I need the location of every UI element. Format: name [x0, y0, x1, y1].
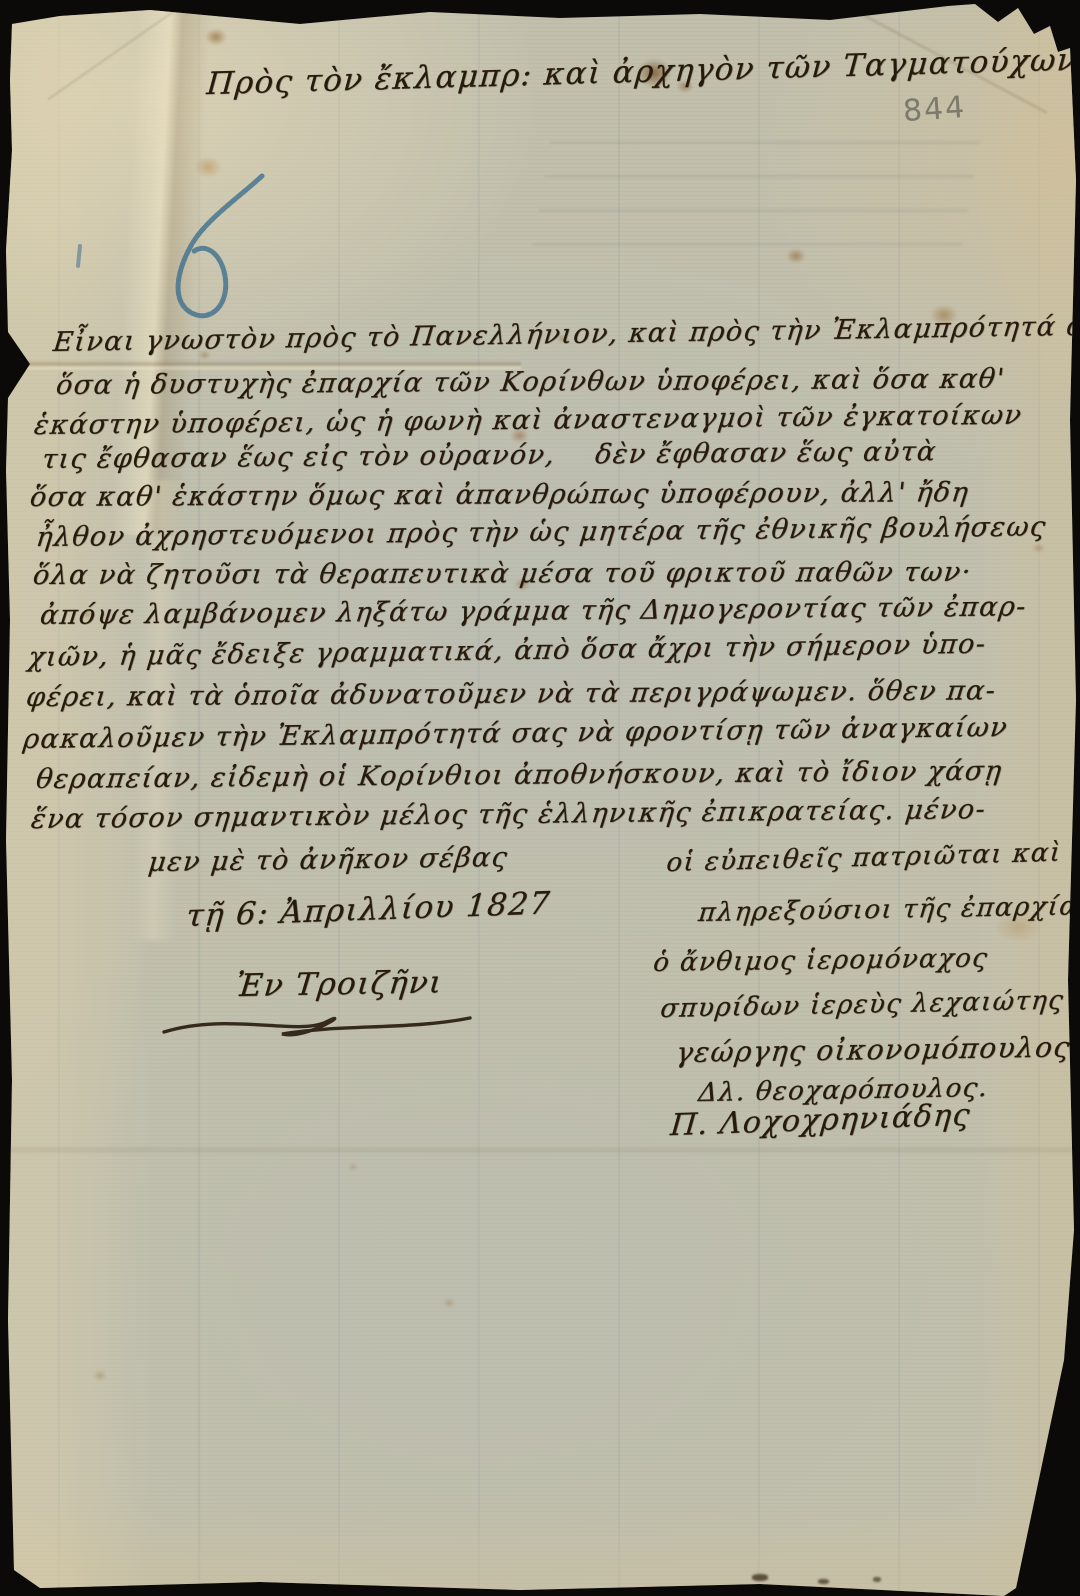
edge-debris	[752, 1574, 768, 1581]
foxing-stain	[93, 1370, 107, 1381]
signature-flourish	[158, 1002, 478, 1044]
body-line: τις ἔφθασαν ἕως εἰς τὸν οὐρανόν, δὲν ἔφθ…	[40, 436, 938, 475]
foxing-stain	[205, 28, 227, 46]
body-line: ἀπόψε λαμβάνομεν ληξάτω γράμμα τῆς Δημογ…	[38, 591, 1028, 631]
body-line: θεραπείαν, εἰδεμὴ οἱ Κορίνθιοι ἀποθνήσκο…	[34, 756, 1004, 795]
date-line: τῇ 6: Ἀπριλλίου 1827	[185, 885, 552, 934]
blue-crayon-mark	[150, 158, 290, 333]
place-line: Ἐν Τροιζῆνι	[234, 964, 444, 1004]
foxing-stain	[348, 1163, 358, 1171]
body-line: ὅλα νὰ ζητοῦσι τὰ θεραπευτικὰ μέσα τοῦ φ…	[31, 557, 973, 591]
blue-crayon-tick	[70, 244, 90, 270]
signature-line: ὁ ἄνθιμος ἱερομόναχος	[652, 943, 990, 978]
body-line: Εἶναι γνωστὸν πρὸς τὸ Πανελλήνιον, καὶ π…	[52, 310, 1080, 358]
body-line: ἕνα τόσον σημαντικὸν μέλος τῆς ἑλληνικῆς…	[30, 794, 988, 835]
diagonal-crease-top-left	[47, 0, 213, 101]
body-line: ἦλθον ἀχρηστευόμενοι πρὸς τὴν ὡς μητέρα …	[35, 511, 1049, 553]
signature-line: οἱ εὐπειθεῖς πατριῶται καὶ	[665, 838, 1063, 878]
foxing-stain	[1032, 543, 1045, 553]
foxing-stain	[194, 156, 222, 178]
scanned-manuscript-page: Πρὸς τὸν ἔκλαμπρ: καὶ ἀρχηγὸν τῶν Ταγματ…	[0, 0, 1080, 1596]
edge-debris	[818, 1579, 829, 1584]
archive-number-pencil: 844	[902, 90, 968, 129]
signature-line: σπυρίδων ἱερεὺς λεχαιώτης	[659, 986, 1066, 1025]
signature-line: πληρεξούσιοι τῆς ἐπαρχίας Κορίν.	[697, 889, 1080, 928]
closing-line: μεν μὲ τὸ ἀνῆκον σέβας	[147, 842, 510, 878]
signature-line: γεώργης οἰκονομόπουλος	[674, 1030, 1072, 1069]
body-line: ὅσα καθ' ἑκάστην ὅμως καὶ ἀπανθρώπως ὑπο…	[28, 477, 971, 513]
edge-debris	[873, 1577, 881, 1582]
body-line: ὅσα ἡ δυστυχὴς ἐπαρχία τῶν Κορίνθων ὑποφ…	[54, 363, 1006, 401]
body-line: ρακαλοῦμεν τὴν Ἐκλαμπρότητά σας νὰ φροντ…	[22, 712, 1010, 755]
body-line: χιῶν, ἡ μᾶς ἔδειξε γραμματικά, ἀπὸ ὅσα ἄ…	[27, 629, 988, 673]
horizontal-fold-faint	[0, 1146, 1080, 1154]
foxing-stain	[443, 1298, 455, 1308]
paper-sheet: Πρὸς τὸν ἔκλαμπρ: καὶ ἀρχηγὸν τῶν Ταγματ…	[0, 0, 1080, 1596]
verso-ink-bleed	[529, 140, 980, 260]
body-line: ἑκάστην ὑποφέρει, ὡς ἡ φωνὴ καὶ ἀναστενα…	[33, 400, 1025, 441]
body-line: φέρει, καὶ τὰ ὁποῖα ἀδυνατοῦμεν νὰ τὰ πε…	[24, 675, 998, 713]
